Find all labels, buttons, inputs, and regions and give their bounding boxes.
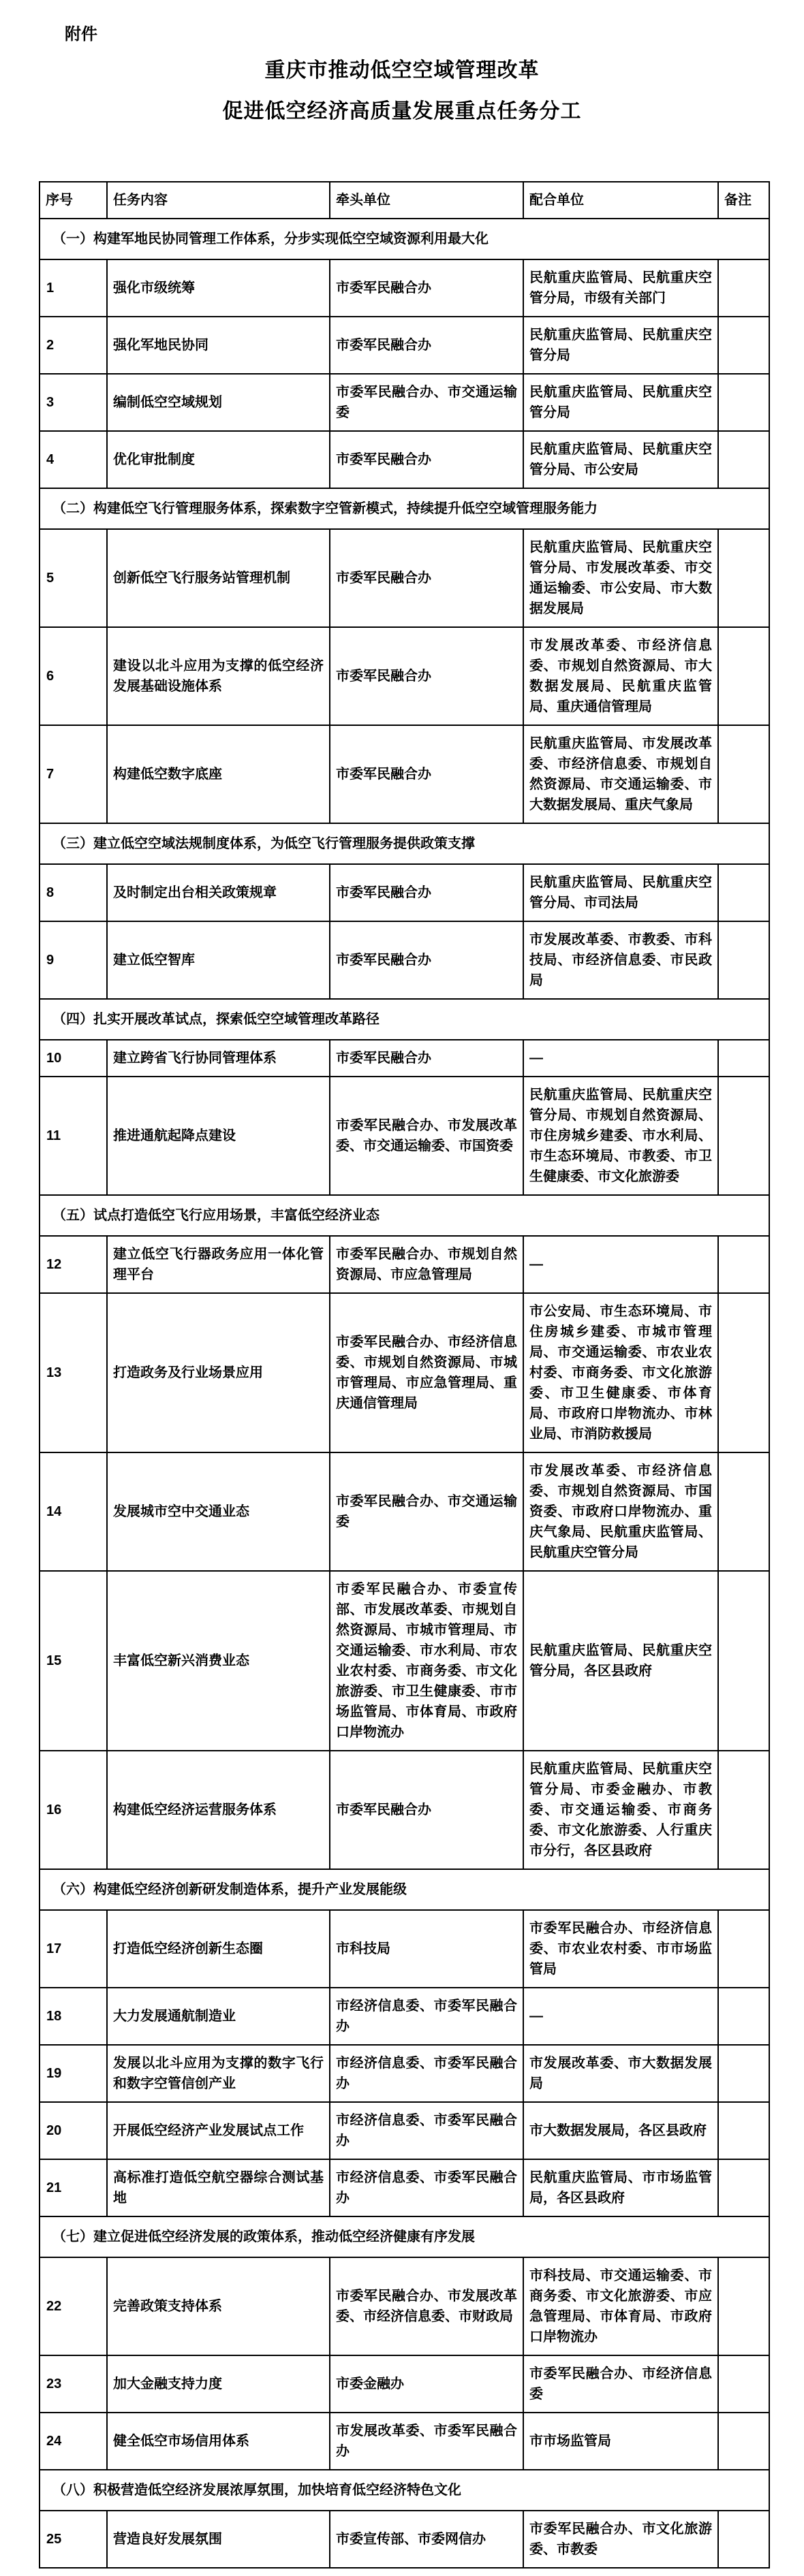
cell-coop: 市委军民融合办、市文化旅游委、市教委	[523, 2511, 718, 2568]
cell-coop: 民航重庆监管局、民航重庆空管分局、市规划自然资源局、市住房城乡建委、市水利局、市…	[523, 1077, 718, 1195]
task-row: 21高标准打造低空航空器综合测试基地市经济信息委、市委军民融合办民航重庆监管局、…	[40, 2159, 769, 2216]
cell-task: 丰富低空新兴消费业态	[107, 1571, 330, 1751]
task-row: 3编制低空空域规划市委军民融合办、市交通运输委民航重庆监管局、民航重庆空管分局	[40, 374, 769, 431]
cell-lead: 市委军民融合办	[330, 317, 523, 374]
section-heading-row: （六）构建低空经济创新研发制造体系，提升产业发展能级	[40, 1869, 769, 1910]
cell-remark	[718, 2257, 769, 2355]
cell-no: 10	[40, 1040, 107, 1077]
cell-lead: 市科技局	[330, 1910, 523, 1988]
cell-no: 19	[40, 2045, 107, 2102]
section-heading-row: （四）扎实开展改革试点，探索低空空域管理改革路径	[40, 999, 769, 1040]
cell-remark	[718, 627, 769, 725]
section-heading-row: （七）建立促进低空经济发展的政策体系，推动低空经济健康有序发展	[40, 2216, 769, 2257]
cell-task: 及时制定出台相关政策规章	[107, 864, 330, 921]
cell-task: 创新低空飞行服务站管理机制	[107, 529, 330, 627]
cell-task: 建立跨省飞行协同管理体系	[107, 1040, 330, 1077]
cell-coop: —	[523, 1236, 718, 1293]
section-heading: （三）建立低空空域法规制度体系，为低空飞行管理服务提供政策支撑	[40, 823, 769, 864]
cell-no: 6	[40, 627, 107, 725]
cell-task: 高标准打造低空航空器综合测试基地	[107, 2159, 330, 2216]
title-line-1: 重庆市推动低空空域管理改革	[0, 60, 804, 82]
task-table: 序号 任务内容 牵头单位 配合单位 备注 （一）构建军地民协同管理工作体系，分步…	[39, 181, 770, 2569]
cell-no: 14	[40, 1452, 107, 1571]
cell-lead: 市委军民融合办、市发展改革委、市经济信息委、市财政局	[330, 2257, 523, 2355]
cell-task: 建立低空智库	[107, 921, 330, 999]
cell-remark	[718, 1236, 769, 1293]
section-heading-row: （三）建立低空空域法规制度体系，为低空飞行管理服务提供政策支撑	[40, 823, 769, 864]
cell-coop: 市发展改革委、市教委、市科技局、市经济信息委、市民政局	[523, 921, 718, 999]
cell-coop: 民航重庆监管局、民航重庆空管分局	[523, 374, 718, 431]
task-row: 8及时制定出台相关政策规章市委军民融合办民航重庆监管局、民航重庆空管分局、市司法…	[40, 864, 769, 921]
section-heading: （一）构建军地民协同管理工作体系，分步实现低空空域资源利用最大化	[40, 219, 769, 259]
section-heading: （八）积极营造低空经济发展浓厚氛围，加快培育低空经济特色文化	[40, 2470, 769, 2511]
cell-lead: 市委军民融合办、市交通运输委	[330, 374, 523, 431]
cell-no: 15	[40, 1571, 107, 1751]
cell-lead: 市委军民融合办	[330, 864, 523, 921]
cell-remark	[718, 2413, 769, 2470]
cell-coop: 市大数据发展局，各区县政府	[523, 2102, 718, 2159]
cell-lead: 市委金融办	[330, 2355, 523, 2413]
cell-coop: 民航重庆监管局、民航重庆空管分局，市级有关部门	[523, 259, 718, 317]
cell-remark	[718, 2159, 769, 2216]
cell-remark	[718, 2355, 769, 2413]
cell-no: 21	[40, 2159, 107, 2216]
cell-task: 打造低空经济创新生态圈	[107, 1910, 330, 1988]
cell-remark	[718, 2045, 769, 2102]
cell-no: 22	[40, 2257, 107, 2355]
cell-lead: 市委军民融合办、市交通运输委	[330, 1452, 523, 1571]
cell-task: 建立低空飞行器政务应用一体化管理平台	[107, 1236, 330, 1293]
cell-lead: 市委军民融合办	[330, 1751, 523, 1869]
task-row: 25营造良好发展氛围市委宣传部、市委网信办市委军民融合办、市文化旅游委、市教委	[40, 2511, 769, 2568]
task-row: 14发展城市空中交通业态市委军民融合办、市交通运输委市发展改革委、市经济信息委、…	[40, 1452, 769, 1571]
cell-task: 打造政务及行业场景应用	[107, 1293, 330, 1452]
cell-task: 强化军地民协同	[107, 317, 330, 374]
cell-no: 13	[40, 1293, 107, 1452]
cell-lead: 市委军民融合办	[330, 1040, 523, 1077]
cell-task: 推进通航起降点建设	[107, 1077, 330, 1195]
cell-remark	[718, 431, 769, 488]
table-body: （一）构建军地民协同管理工作体系，分步实现低空空域资源利用最大化1强化市级统筹市…	[40, 219, 769, 2568]
cell-lead: 市经济信息委、市委军民融合办	[330, 1988, 523, 2045]
attachment-label: 附件	[65, 26, 804, 44]
cell-remark	[718, 529, 769, 627]
section-heading: （七）建立促进低空经济发展的政策体系，推动低空经济健康有序发展	[40, 2216, 769, 2257]
section-heading: （四）扎实开展改革试点，探索低空空域管理改革路径	[40, 999, 769, 1040]
cell-no: 20	[40, 2102, 107, 2159]
cell-remark	[718, 725, 769, 823]
cell-coop: 民航重庆监管局、民航重庆空管分局、市委金融办、市教委、市交通运输委、市商务委、市…	[523, 1751, 718, 1869]
cell-task: 完善政策支持体系	[107, 2257, 330, 2355]
cell-coop: 市发展改革委、市大数据发展局	[523, 2045, 718, 2102]
section-heading-row: （五）试点打造低空飞行应用场景，丰富低空经济业态	[40, 1195, 769, 1236]
header-row: 序号 任务内容 牵头单位 配合单位 备注	[40, 182, 769, 219]
cell-coop: 市市场监管局	[523, 2413, 718, 2470]
cell-no: 18	[40, 1988, 107, 2045]
cell-remark	[718, 1077, 769, 1195]
cell-remark	[718, 1040, 769, 1077]
section-heading: （五）试点打造低空飞行应用场景，丰富低空经济业态	[40, 1195, 769, 1236]
cell-lead: 市经济信息委、市委军民融合办	[330, 2159, 523, 2216]
cell-lead: 市委宣传部、市委网信办	[330, 2511, 523, 2568]
cell-coop: 民航重庆监管局、民航重庆空管分局，各区县政府	[523, 1571, 718, 1751]
cell-no: 1	[40, 259, 107, 317]
cell-no: 4	[40, 431, 107, 488]
task-row: 9建立低空智库市委军民融合办市发展改革委、市教委、市科技局、市经济信息委、市民政…	[40, 921, 769, 999]
task-row: 11推进通航起降点建设市委军民融合办、市发展改革委、市交通运输委、市国资委民航重…	[40, 1077, 769, 1195]
task-row: 16构建低空经济运营服务体系市委军民融合办民航重庆监管局、民航重庆空管分局、市委…	[40, 1751, 769, 1869]
cell-coop: 市委军民融合办、市经济信息委、市农业农村委、市市场监管局	[523, 1910, 718, 1988]
cell-lead: 市委军民融合办	[330, 627, 523, 725]
cell-task: 优化审批制度	[107, 431, 330, 488]
task-row: 12建立低空飞行器政务应用一体化管理平台市委军民融合办、市规划自然资源局、市应急…	[40, 1236, 769, 1293]
cell-remark	[718, 374, 769, 431]
cell-lead: 市委军民融合办、市经济信息委、市规划自然资源局、市城市管理局、市应急管理局、重庆…	[330, 1293, 523, 1452]
document-title: 重庆市推动低空空域管理改革 促进低空经济高质量发展重点任务分工	[0, 60, 804, 123]
task-row: 13打造政务及行业场景应用市委军民融合办、市经济信息委、市规划自然资源局、市城市…	[40, 1293, 769, 1452]
cell-no: 17	[40, 1910, 107, 1988]
task-row: 7构建低空数字底座市委军民融合办民航重庆监管局、市发展改革委、市经济信息委、市规…	[40, 725, 769, 823]
cell-lead: 市委军民融合办、市委宣传部、市发展改革委、市规划自然资源局、市城市管理局、市交通…	[330, 1571, 523, 1751]
section-heading-row: （一）构建军地民协同管理工作体系，分步实现低空空域资源利用最大化	[40, 219, 769, 259]
task-row: 17打造低空经济创新生态圈市科技局市委军民融合办、市经济信息委、市农业农村委、市…	[40, 1910, 769, 1988]
cell-task: 发展以北斗应用为支撑的数字飞行和数字空管信创产业	[107, 2045, 330, 2102]
cell-coop: —	[523, 1988, 718, 2045]
cell-lead: 市经济信息委、市委军民融合办	[330, 2045, 523, 2102]
task-row: 19发展以北斗应用为支撑的数字飞行和数字空管信创产业市经济信息委、市委军民融合办…	[40, 2045, 769, 2102]
cell-task: 发展城市空中交通业态	[107, 1452, 330, 1571]
cell-no: 24	[40, 2413, 107, 2470]
cell-lead: 市发展改革委、市委军民融合办	[330, 2413, 523, 2470]
section-heading-row: （八）积极营造低空经济发展浓厚氛围，加快培育低空经济特色文化	[40, 2470, 769, 2511]
cell-lead: 市委军民融合办	[330, 529, 523, 627]
task-row: 24健全低空市场信用体系市发展改革委、市委军民融合办市市场监管局	[40, 2413, 769, 2470]
cell-remark	[718, 864, 769, 921]
cell-no: 16	[40, 1751, 107, 1869]
cell-coop: 民航重庆监管局、民航重庆空管分局、市公安局	[523, 431, 718, 488]
cell-no: 25	[40, 2511, 107, 2568]
task-row: 20开展低空经济产业发展试点工作市经济信息委、市委军民融合办市大数据发展局，各区…	[40, 2102, 769, 2159]
task-row: 1强化市级统筹市委军民融合办民航重庆监管局、民航重庆空管分局，市级有关部门	[40, 259, 769, 317]
cell-no: 11	[40, 1077, 107, 1195]
cell-coop: 民航重庆监管局、市市场监管局，各区县政府	[523, 2159, 718, 2216]
cell-no: 7	[40, 725, 107, 823]
cell-no: 23	[40, 2355, 107, 2413]
task-row: 18大力发展通航制造业市经济信息委、市委军民融合办—	[40, 1988, 769, 2045]
cell-coop: 市公安局、市生态环境局、市住房城乡建委、市城市管理局、市交通运输委、市农业农村委…	[523, 1293, 718, 1452]
cell-no: 3	[40, 374, 107, 431]
cell-remark	[718, 921, 769, 999]
cell-task: 开展低空经济产业发展试点工作	[107, 2102, 330, 2159]
cell-coop: 市委军民融合办、市经济信息委	[523, 2355, 718, 2413]
column-header-coop: 配合单位	[523, 182, 718, 219]
cell-task: 构建低空数字底座	[107, 725, 330, 823]
cell-coop: 民航重庆监管局、民航重庆空管分局	[523, 317, 718, 374]
column-header-task: 任务内容	[107, 182, 330, 219]
cell-no: 8	[40, 864, 107, 921]
cell-remark	[718, 1751, 769, 1869]
section-heading: （二）构建低空飞行管理服务体系，探索数字空管新模式，持续提升低空空域管理服务能力	[40, 488, 769, 529]
cell-remark	[718, 1293, 769, 1452]
cell-coop: 市发展改革委、市经济信息委、市规划自然资源局、市国资委、市政府口岸物流办、重庆气…	[523, 1452, 718, 1571]
cell-coop: —	[523, 1040, 718, 1077]
task-row: 6建设以北斗应用为支撑的低空经济发展基础设施体系市委军民融合办市发展改革委、市经…	[40, 627, 769, 725]
cell-task: 大力发展通航制造业	[107, 1988, 330, 2045]
cell-lead: 市委军民融合办	[330, 921, 523, 999]
cell-no: 5	[40, 529, 107, 627]
cell-remark	[718, 317, 769, 374]
cell-task: 构建低空经济运营服务体系	[107, 1751, 330, 1869]
cell-coop: 市科技局、市交通运输委、市商务委、市文化旅游委、市应急管理局、市体育局、市政府口…	[523, 2257, 718, 2355]
task-row: 4优化审批制度市委军民融合办民航重庆监管局、民航重庆空管分局、市公安局	[40, 431, 769, 488]
column-header-remark: 备注	[718, 182, 769, 219]
cell-remark	[718, 2102, 769, 2159]
cell-no: 12	[40, 1236, 107, 1293]
section-heading-row: （二）构建低空飞行管理服务体系，探索数字空管新模式，持续提升低空空域管理服务能力	[40, 488, 769, 529]
section-heading: （六）构建低空经济创新研发制造体系，提升产业发展能级	[40, 1869, 769, 1910]
task-row: 5创新低空飞行服务站管理机制市委军民融合办民航重庆监管局、民航重庆空管分局、市发…	[40, 529, 769, 627]
cell-no: 9	[40, 921, 107, 999]
cell-task: 营造良好发展氛围	[107, 2511, 330, 2568]
task-row: 22完善政策支持体系市委军民融合办、市发展改革委、市经济信息委、市财政局市科技局…	[40, 2257, 769, 2355]
cell-lead: 市经济信息委、市委军民融合办	[330, 2102, 523, 2159]
cell-remark	[718, 1452, 769, 1571]
cell-task: 健全低空市场信用体系	[107, 2413, 330, 2470]
cell-coop: 民航重庆监管局、民航重庆空管分局、市发展改革委、市交通运输委、市公安局、市大数据…	[523, 529, 718, 627]
column-header-lead: 牵头单位	[330, 182, 523, 219]
cell-lead: 市委军民融合办	[330, 431, 523, 488]
cell-remark	[718, 1571, 769, 1751]
document-page: 附件 重庆市推动低空空域管理改革 促进低空经济高质量发展重点任务分工 序号 任务…	[0, 0, 804, 2576]
task-row: 10建立跨省飞行协同管理体系市委军民融合办—	[40, 1040, 769, 1077]
cell-remark	[718, 2511, 769, 2568]
task-row: 2强化军地民协同市委军民融合办民航重庆监管局、民航重庆空管分局	[40, 317, 769, 374]
cell-remark	[718, 1988, 769, 2045]
cell-lead: 市委军民融合办、市发展改革委、市交通运输委、市国资委	[330, 1077, 523, 1195]
title-line-2: 促进低空经济高质量发展重点任务分工	[0, 101, 804, 123]
task-row: 23加大金融支持力度市委金融办市委军民融合办、市经济信息委	[40, 2355, 769, 2413]
cell-coop: 民航重庆监管局、市发展改革委、市经济信息委、市规划自然资源局、市交通运输委、市大…	[523, 725, 718, 823]
cell-task: 编制低空空域规划	[107, 374, 330, 431]
cell-lead: 市委军民融合办、市规划自然资源局、市应急管理局	[330, 1236, 523, 1293]
cell-lead: 市委军民融合办	[330, 725, 523, 823]
cell-remark	[718, 259, 769, 317]
cell-remark	[718, 1910, 769, 1988]
cell-lead: 市委军民融合办	[330, 259, 523, 317]
cell-coop: 市发展改革委、市经济信息委、市规划自然资源局、市大数据发展局、民航重庆监管局、重…	[523, 627, 718, 725]
cell-task: 建设以北斗应用为支撑的低空经济发展基础设施体系	[107, 627, 330, 725]
column-header-no: 序号	[40, 182, 107, 219]
cell-no: 2	[40, 317, 107, 374]
cell-task: 强化市级统筹	[107, 259, 330, 317]
cell-task: 加大金融支持力度	[107, 2355, 330, 2413]
task-row: 15丰富低空新兴消费业态市委军民融合办、市委宣传部、市发展改革委、市规划自然资源…	[40, 1571, 769, 1751]
cell-coop: 民航重庆监管局、民航重庆空管分局、市司法局	[523, 864, 718, 921]
